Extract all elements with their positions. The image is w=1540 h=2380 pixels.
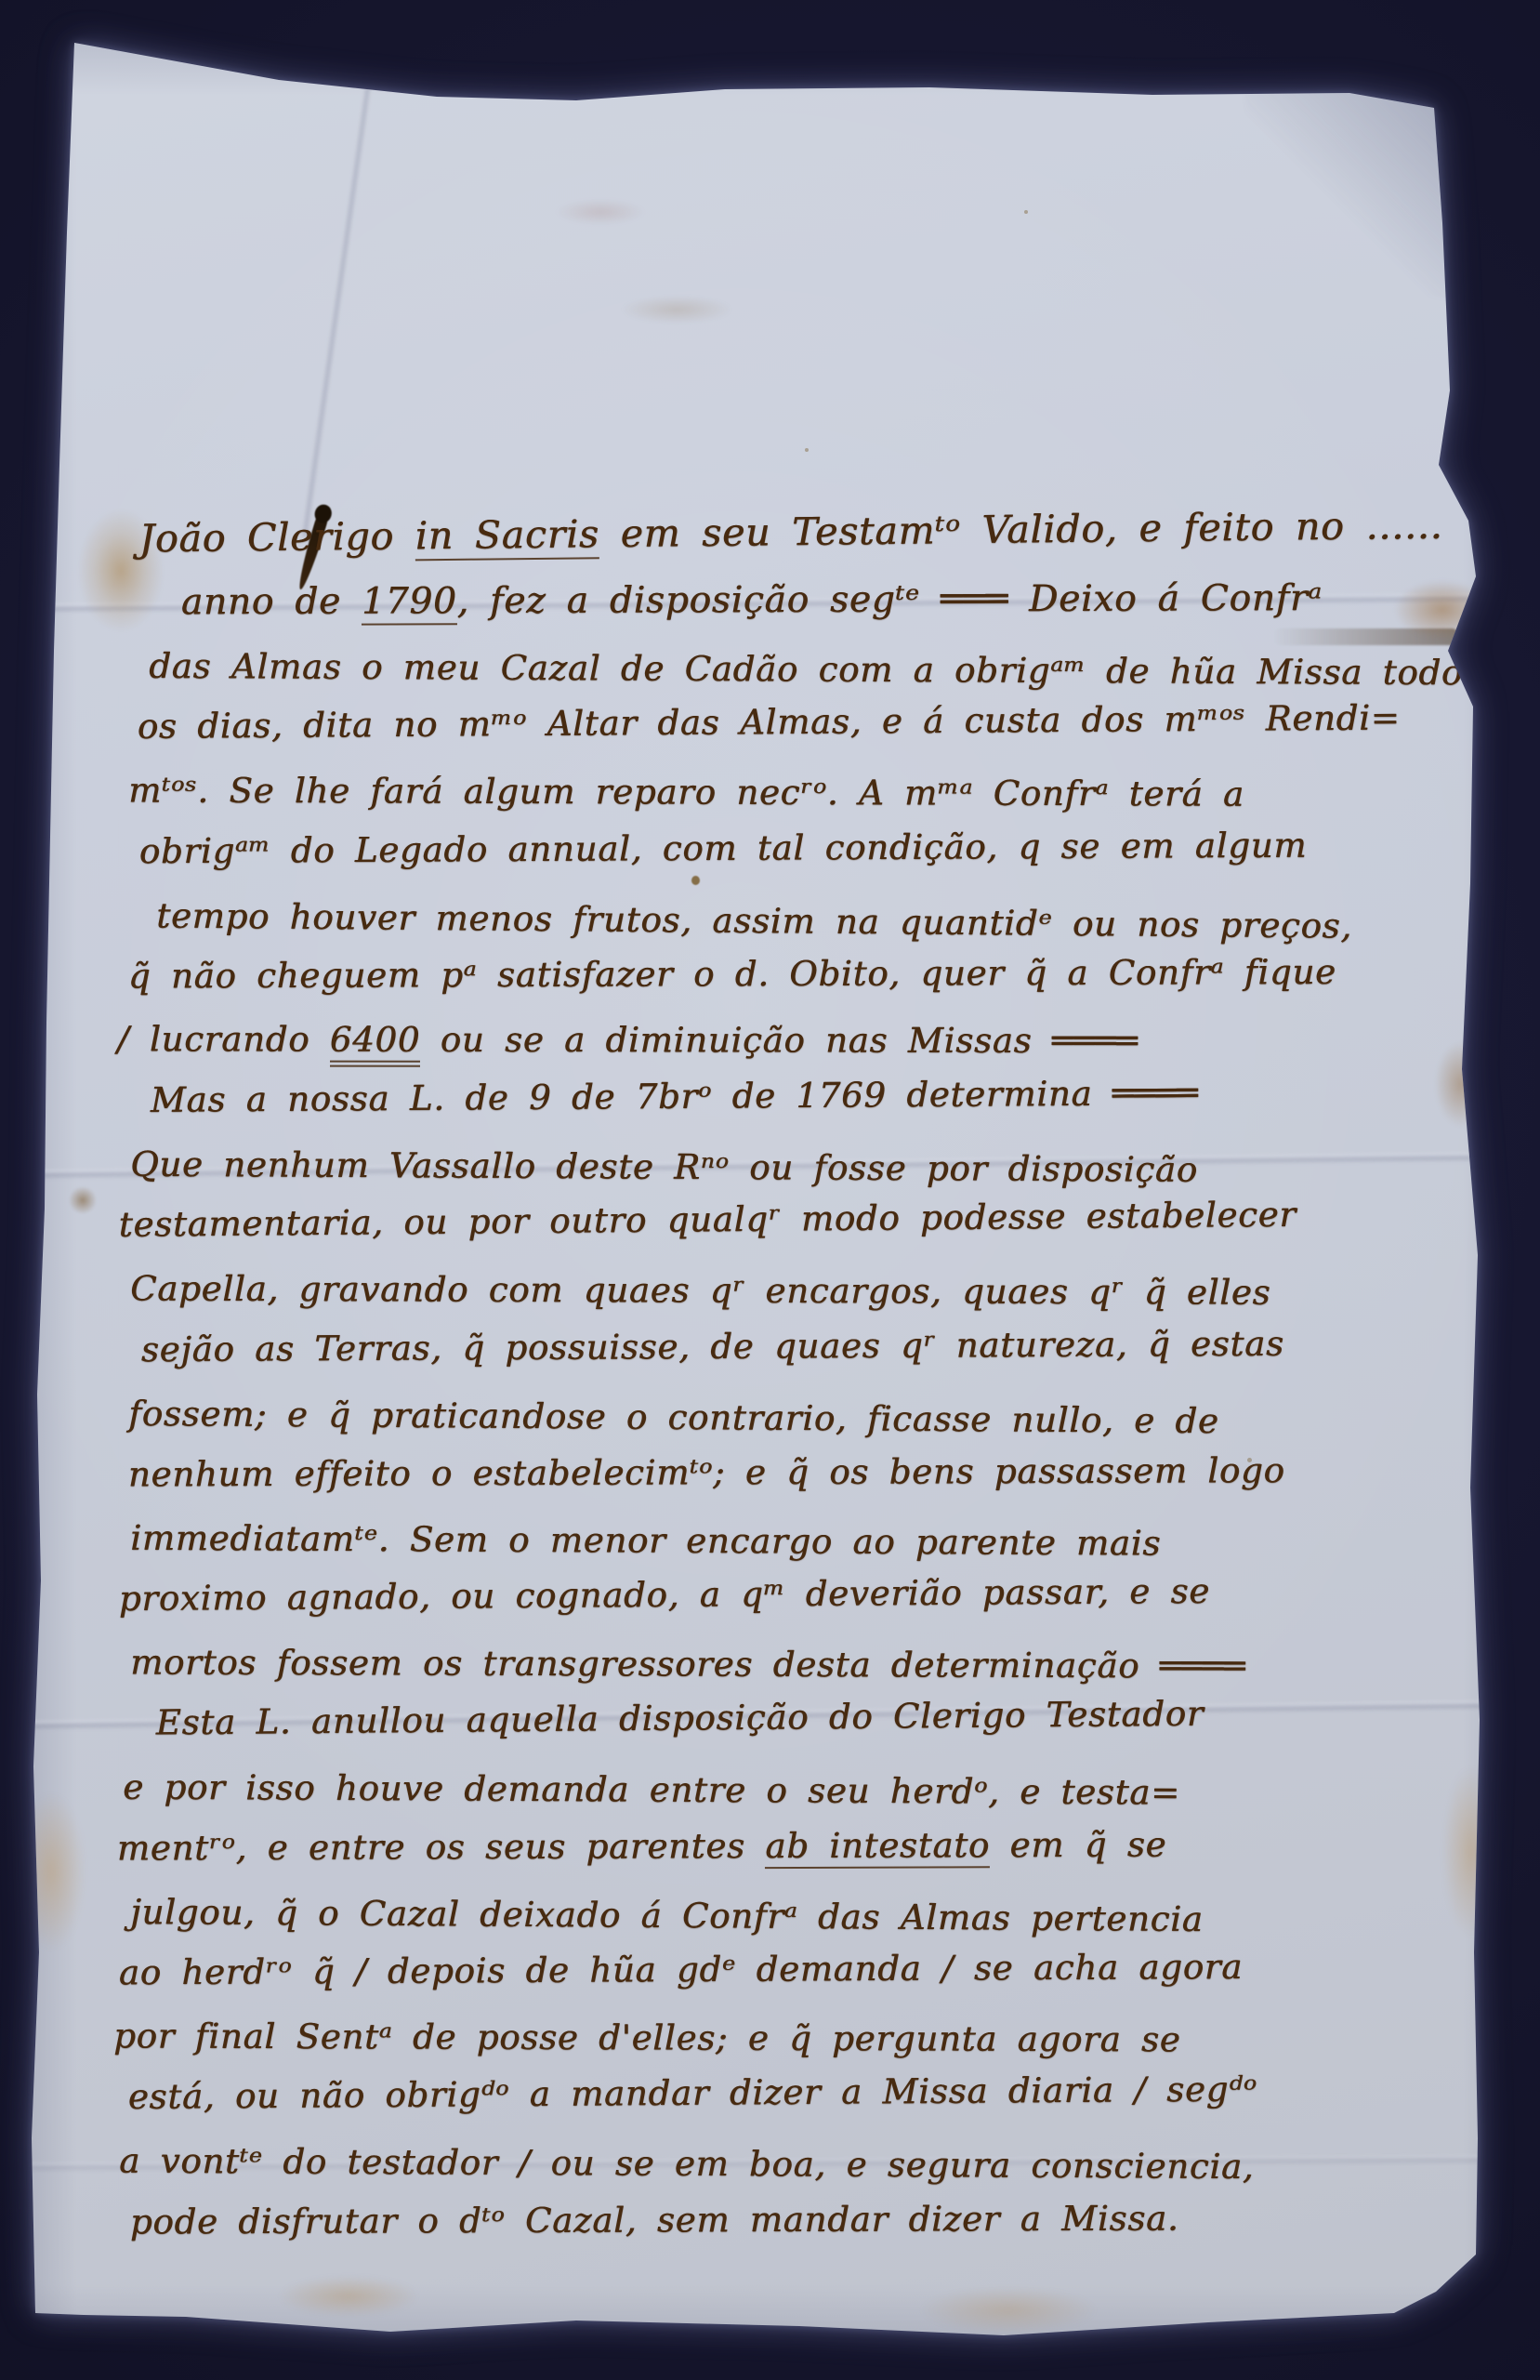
stain	[279, 2276, 418, 2317]
manuscript-line: q̃ não cheguem pᵃ satisfazer o d. Obito,…	[0, 940, 1540, 1008]
speck	[805, 448, 809, 452]
manuscript-line: nenhum effeito o estabelecimᵗᵒ; e q̃ os …	[0, 1438, 1540, 1506]
handwritten-text: fossem; e q̃ praticandose o contrario, f…	[128, 1394, 1219, 1441]
handwritten-text: João Clerigo	[138, 513, 415, 561]
manuscript-line: está, ou não obrigᵈᵒ a mandar dizer a Mi…	[0, 2056, 1540, 2129]
manuscript-line: proximo agnado, ou cognado, a qᵐ deveriã…	[0, 1557, 1540, 1631]
manuscript-line: sejão as Terras, q̃ possuisse, de quaes …	[0, 1311, 1540, 1382]
handwritten-text: anno de	[181, 581, 362, 624]
handwritten-text: pode disfrutar o dᵗᵒ Cazal, sem mandar d…	[130, 2199, 1179, 2242]
manuscript-line: os dias, dita no mᵐᵒ Altar das Almas, e …	[0, 685, 1540, 759]
manuscript-line: pode disfrutar o dᵗᵒ Cazal, sem mandar d…	[0, 2186, 1540, 2254]
handwritten-text: obrigᵃᵐ do Legado annual, com tal condiç…	[139, 826, 1308, 872]
diagonal-crease	[303, 58, 374, 536]
manuscript-line: Esta L. anullou aquella disposição do Cl…	[0, 1680, 1540, 1755]
handwritten-text: em seu Testamᵗᵒ Valido, e feito no .....…	[599, 503, 1442, 557]
handwritten-text: mentʳᵒ, e entre os seus parentes	[117, 1826, 766, 1868]
handwritten-text: a vontᵗᵉ do testador / ou se em boa, e s…	[119, 2141, 1254, 2187]
manuscript-line: obrigᵃᵐ do Legado annual, com tal condiç…	[0, 813, 1540, 883]
handwritten-text: julgou, q̃ o Cazal deixado á Confrᵃ das …	[130, 1892, 1204, 1939]
handwritten-text: testamentaria, ou por outro qualqʳ modo …	[119, 1195, 1296, 1245]
underlined-text: in Sacris	[415, 511, 599, 561]
handwritten-text: nenhum effeito o estabelecimᵗᵒ; e q̃ os …	[128, 1450, 1285, 1494]
manuscript-line: testamentaria, ou por outro qualqʳ modo …	[0, 1182, 1540, 1257]
smudge	[556, 199, 645, 225]
underlined-text: 6400	[330, 1020, 420, 1067]
handwritten-text: e por isso houve demanda entre o seu her…	[123, 1767, 1180, 1813]
handwritten-text: proximo agnado, ou cognado, a qᵐ deveriã…	[119, 1571, 1210, 1619]
handwritten-text: ou se a diminuição nas Missas ════	[420, 1020, 1138, 1061]
handwritten-text: mortos fossem os transgressores desta de…	[130, 1642, 1245, 1686]
underlined-text: 1790	[362, 580, 457, 625]
manuscript-paper: João Clerigo in Sacris em seu Testamᵗᵒ V…	[0, 0, 1540, 2380]
manuscript-line: Mas a nossa L. de 9 de 7brᵒ de 1769 dete…	[0, 1059, 1540, 1132]
handwritten-text: em q̃ se	[990, 1825, 1166, 1866]
handwritten-text: , fez a disposição segᵗᵉ ═══ Deixo á Con…	[456, 577, 1322, 622]
handwritten-text: Esta L. anullou aquella disposição do Cl…	[156, 1694, 1204, 1743]
underlined-text: ab intestato	[765, 1825, 990, 1869]
handwritten-text: q̃ não cheguem pᵃ satisfazer o d. Obito,…	[128, 952, 1336, 997]
smudge	[621, 296, 732, 324]
manuscript-line: anno de 1790, fez a disposição segᵗᵉ ═══…	[0, 566, 1540, 634]
handwritten-text: / lucrando	[117, 1019, 330, 1059]
manuscript-line: ao herdʳᵒ q̃ / depois de hũa gdᵉ demanda…	[0, 1934, 1540, 2004]
handwritten-text: mᵗᵒˢ. Se lhe fará algum reparo necʳᵒ. A …	[128, 770, 1244, 813]
handwritten-text: sejão as Terras, q̃ possuisse, de quaes …	[141, 1324, 1284, 1369]
handwritten-text: está, ou não obrigᵈᵒ a mandar dizer a Mi…	[128, 2069, 1257, 2117]
handwritten-text: das Almas o meu Cazal de Cadão com a obr…	[149, 646, 1481, 694]
handwritten-text: Mas a nossa L. de 9 de 7brᵒ de 1769 dete…	[151, 1073, 1199, 1120]
corner-fold-shadow	[1245, 84, 1487, 297]
handwritten-text: Que nenhum Vassallo deste Rⁿᵒ ou fosse p…	[130, 1144, 1198, 1190]
handwritten-text: por final Sentᵃ de posse d'elles; e q̃ p…	[113, 2016, 1180, 2059]
handwritten-text: Capella, gravando com quaes qʳ encargos,…	[130, 1268, 1270, 1312]
manuscript-line: mentʳᵒ, e entre os seus parentes ab inte…	[0, 1812, 1540, 1880]
paper-wrap: João Clerigo in Sacris em seu Testamᵗᵒ V…	[0, 0, 1540, 2380]
manuscript-text: João Clerigo in Sacris em seu Testamᵗᵒ V…	[0, 509, 1540, 2254]
photo-stage: João Clerigo in Sacris em seu Testamᵗᵒ V…	[0, 0, 1540, 2380]
stain	[920, 2287, 1097, 2334]
manuscript-line: João Clerigo in Sacris em seu Testamᵗᵒ V…	[0, 494, 1540, 572]
handwritten-text: os dias, dita no mᵐᵒ Altar das Almas, e …	[138, 697, 1401, 746]
handwritten-text: ao herdʳᵒ q̃ / depois de hũa gdᵉ demanda…	[119, 1947, 1243, 1992]
speck	[1024, 210, 1028, 214]
handwritten-text: immediatamᵗᵉ. Sem o menor encargo ao par…	[130, 1518, 1161, 1564]
handwritten-text: tempo houver menos frutos, assim na quan…	[156, 895, 1352, 945]
